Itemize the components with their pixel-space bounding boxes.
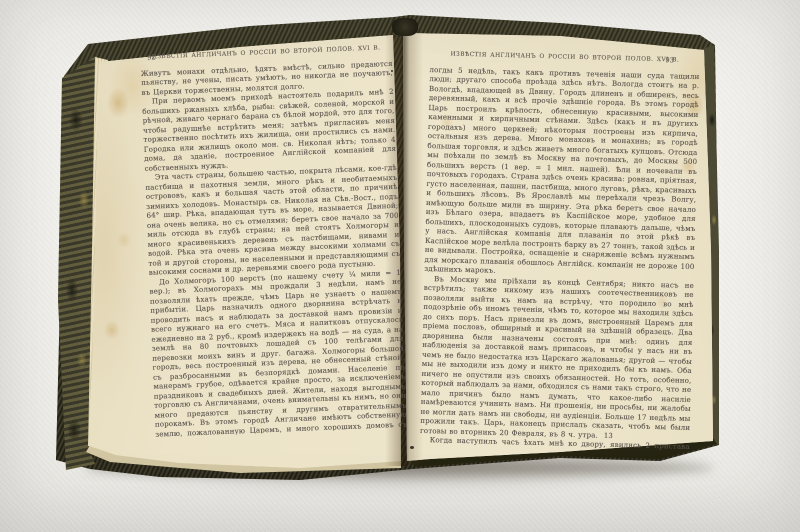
page-number-left: 92 <box>147 53 156 63</box>
left-page-text: 92 ИЗВѢСТІЯ АНГЛИЧАНЪ О РОССІИ ВО ВТОРОЙ… <box>140 44 407 438</box>
right-page-text: ИЗВѢСТІЯ АНГЛИЧАНЪ О РОССІИ ВО ВТОРОЙ ПО… <box>420 50 700 453</box>
ink-speck <box>391 70 393 72</box>
ink-speck <box>410 446 414 449</box>
paragraph: При первомъ моемъ приходѣ настоятель под… <box>142 87 397 173</box>
photo-background: 92 ИЗВѢСТІЯ АНГЛИЧАНЪ О РОССІИ ВО ВТОРОЙ… <box>0 0 800 532</box>
paragraph: Въ Москву мы пріѣхали въ концѣ Сентября;… <box>420 273 694 442</box>
headband <box>392 18 418 36</box>
page-number-right: 93 <box>665 56 674 66</box>
paragraph: логды 5 недѣль, такъ какъ противъ течені… <box>424 64 699 280</box>
paragraph: До Холмогоръ 100 верстъ (по нашему счету… <box>149 267 407 437</box>
paragraph: Эта часть страны, большею частью, покрыт… <box>145 163 401 278</box>
signature-mark: 13 <box>604 432 613 442</box>
